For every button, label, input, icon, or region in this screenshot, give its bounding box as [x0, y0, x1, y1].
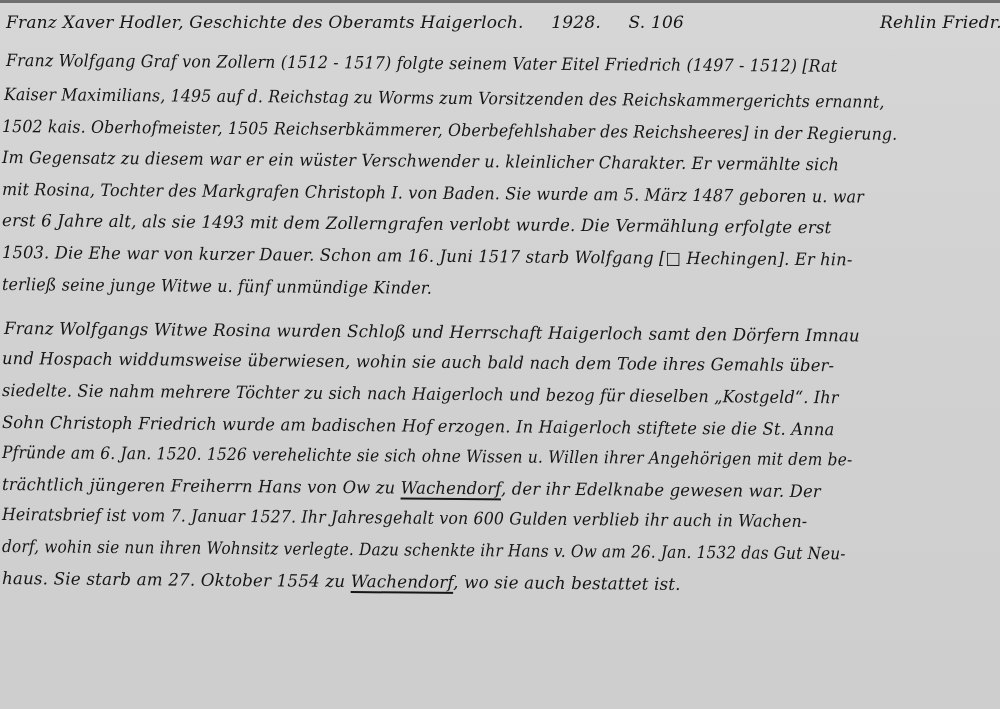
- underlined-place-wachendorf: Wachendorf: [401, 478, 502, 499]
- header-author: Rehlin Friedr.: [880, 13, 1000, 33]
- text-line-12: Sohn Christoph Friedrich wurde am badisc…: [2, 413, 835, 440]
- text-line-13: Pfründe am 6. Jan. 1520. 1526 verehelich…: [2, 443, 853, 470]
- source-year: 1928.: [551, 13, 601, 33]
- text-line-4: Im Gegensatz zu diesem war er ein wüster…: [2, 148, 839, 175]
- source-title: Franz Xaver Hodler, Geschichte des Obera…: [6, 13, 524, 33]
- text-line-1: Franz Wolfgang Graf von Zollern (1512 - …: [6, 51, 837, 77]
- text-line-7: 1503. Die Ehe war von kurzer Dauer. Scho…: [2, 243, 853, 270]
- text-line-11: siedelte. Sie nahm mehrere Töchter zu si…: [2, 381, 839, 408]
- text-line-16: dorf, wohin sie nun ihren Wohnsitz verle…: [2, 537, 846, 564]
- text-line-3: 1502 kais. Oberhofmeister, 1505 Reichser…: [2, 117, 898, 145]
- line-14-end: , der ihr Edelknabe gewesen war. Der: [501, 479, 821, 502]
- text-line-5: mit Rosina, Tochter des Markgrafen Chris…: [2, 180, 864, 208]
- text-line-17: haus. Sie starb am 27. Oktober 1554 zu W…: [2, 569, 681, 595]
- source-page: S. 106: [629, 13, 685, 33]
- text-line-6: erst 6 Jahre alt, als sie 1493 mit dem Z…: [2, 211, 832, 238]
- line-17-start: haus. Sie starb am 27. Oktober 1554 zu: [2, 569, 351, 592]
- header-source-citation: Franz Xaver Hodler, Geschichte des Obera…: [6, 13, 684, 33]
- underlined-place-wachendorf-2: Wachendorf: [351, 572, 454, 593]
- text-line-14: trächtlich jüngeren Freiherrn Hans von O…: [2, 475, 821, 502]
- line-17-end: , wo sie auch bestattet ist.: [453, 573, 681, 595]
- text-line-9: Franz Wolfgangs Witwe Rosina wurden Schl…: [4, 319, 860, 346]
- text-line-15: Heiratsbrief ist vom 7. Januar 1527. Ihr…: [2, 505, 807, 532]
- text-line-2: Kaiser Maximilians, 1495 auf d. Reichsta…: [4, 85, 885, 113]
- line-14-start: trächtlich jüngeren Freiherrn Hans von O…: [2, 475, 401, 498]
- index-card: Franz Xaver Hodler, Geschichte des Obera…: [0, 0, 1000, 709]
- text-line-8: terließ seine junge Witwe u. fünf unmünd…: [2, 275, 432, 299]
- text-line-10: und Hospach widdumsweise überwiesen, woh…: [2, 349, 834, 376]
